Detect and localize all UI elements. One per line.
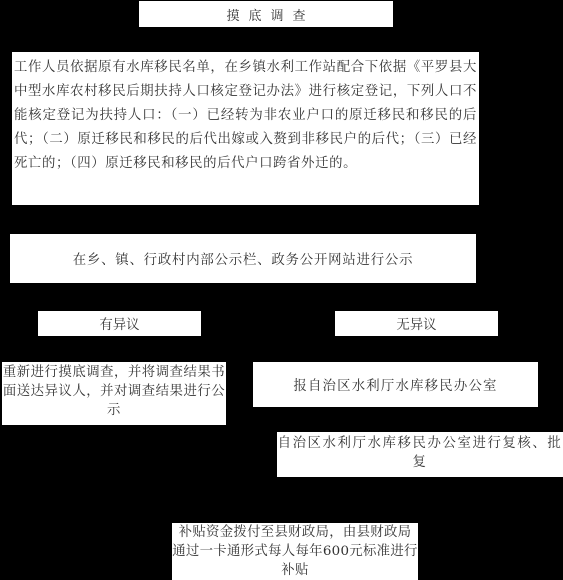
no-objection-label: 无异议	[396, 314, 436, 333]
has-objection-label: 有异议	[99, 314, 139, 333]
review-box: 自治区水利厅水库移民办公室进行复核、批复	[277, 432, 563, 477]
subsidy-box: 补贴资金拨付至县财政局，由县财政局通过一卡通形式每人每年600元标准进行补贴	[172, 523, 418, 580]
investigation-description-text: 工作人员依据原有水库移民名单，在乡镇水利工作站配合下依据《平罗县大中型水库农村移…	[14, 60, 477, 171]
title-box: 摸底调查	[139, 1, 393, 27]
publicity-box: 在乡、镇、行政村内部公示栏、政务公开网站进行公示	[10, 234, 476, 283]
no-objection-box: 无异议	[335, 311, 498, 336]
report-text: 报自治区水利厅水库移民办公室	[293, 375, 497, 394]
publicity-text: 在乡、镇、行政村内部公示栏、政务公开网站进行公示	[73, 249, 414, 268]
has-objection-box: 有异议	[38, 311, 201, 336]
subsidy-text: 补贴资金拨付至县财政局，由县财政局通过一卡通形式每人每年600元标准进行补贴	[172, 525, 418, 578]
review-text: 自治区水利厅水库移民办公室进行复核、批复	[278, 436, 563, 470]
investigation-description-box: 工作人员依据原有水库移民名单，在乡镇水利工作站配合下依据《平罗县大中型水库农村移…	[12, 52, 479, 205]
reinvestigation-text: 重新进行摸底调查，并将调查结果书面送达异议人，并对调查结果进行公示	[3, 365, 225, 418]
report-box: 报自治区水利厅水库移民办公室	[253, 362, 538, 407]
reinvestigation-box: 重新进行摸底调查，并将调查结果书面送达异议人，并对调查结果进行公示	[2, 362, 226, 425]
title-text: 摸底调查	[226, 5, 314, 24]
